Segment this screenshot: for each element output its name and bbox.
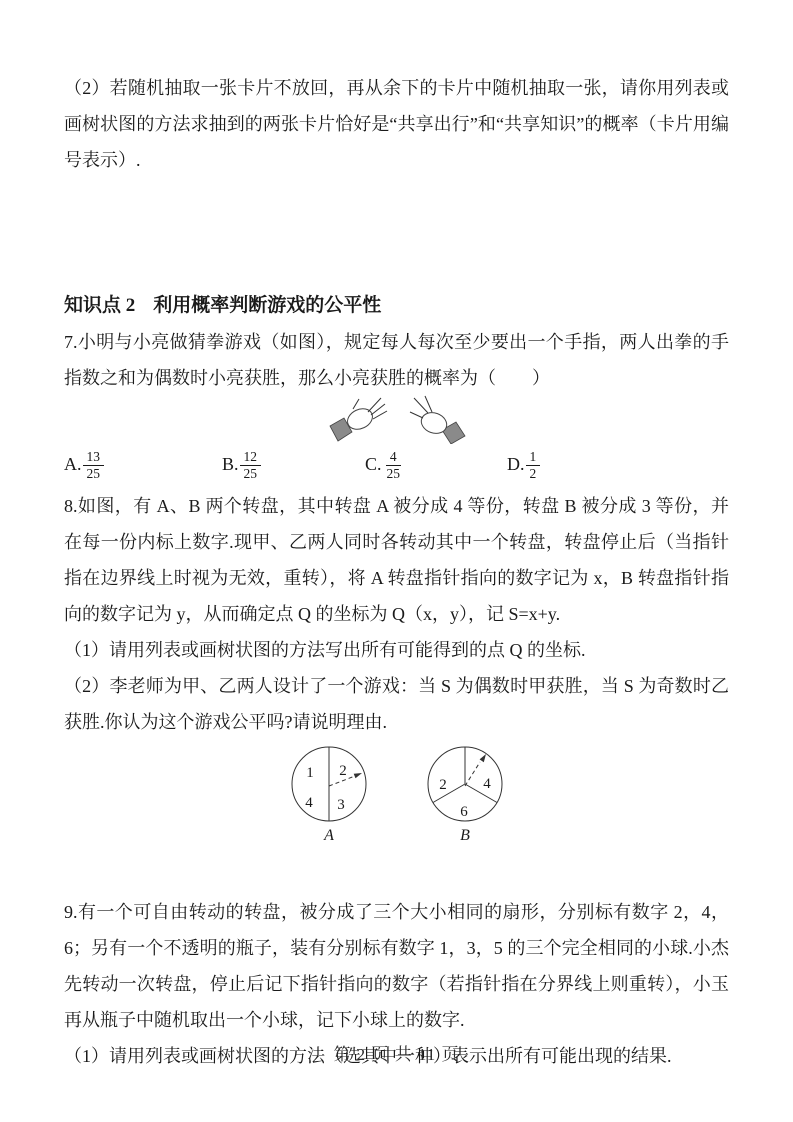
hands-icon <box>322 394 472 444</box>
hands-illustration <box>322 394 472 444</box>
spinner-b-label: B <box>460 827 470 844</box>
problem8-part1: （1）请用列表或画树状图的方法写出所有可能得到的点 Q 的坐标. <box>64 632 729 668</box>
spinner-a-sector-1: 1 <box>306 765 314 781</box>
option-d: D.12 <box>507 448 540 481</box>
page-footer: 第 2 页 共 11 页 <box>0 1040 793 1065</box>
document-page: （2）若随机抽取一张卡片不放回，再从余下的卡片中随机抽取一张，请你用列表或画树状… <box>0 0 793 1122</box>
problem7-options: A.1325 B.1225 C.425 D.12 <box>64 448 729 488</box>
option-a: A.1325 <box>64 448 104 481</box>
problem8-part2: （2）李老师为甲、乙两人设计了一个游戏：当 S 为偶数时甲获胜，当 S 为奇数时… <box>64 668 729 740</box>
problem8-stem: 8.如图，有 A、B 两个转盘，其中转盘 A 被分成 4 等份，转盘 B 被分成… <box>64 488 729 632</box>
option-a-label: A. <box>64 454 82 475</box>
right-hand <box>410 396 465 444</box>
problem6-part2-text: （2）若随机抽取一张卡片不放回，再从余下的卡片中随机抽取一张，请你用列表或画树状… <box>64 70 729 178</box>
spinner-a-sector-4: 4 <box>305 795 313 811</box>
page-content: （2）若随机抽取一张卡片不放回，再从余下的卡片中随机抽取一张，请你用列表或画树状… <box>0 0 793 1074</box>
spinner-b-sector-6: 6 <box>460 804 468 820</box>
spinner-b-sector-2: 2 <box>439 777 447 793</box>
spinner-a-sector-3: 3 <box>337 797 345 813</box>
spinner-a-figure: 1 2 4 3 A <box>274 744 384 846</box>
option-c-label: C. <box>365 454 382 475</box>
spinner-a-icon: 1 2 4 3 A <box>274 744 384 846</box>
problem9-stem: 9.有一个可自由转动的转盘，被分成了三个大小相同的扇形，分别标有数字 2，4，6… <box>64 894 729 1038</box>
option-d-fraction: 12 <box>526 449 541 482</box>
spinner-a-label: A <box>323 827 334 844</box>
spinner-b-figure: 2 4 6 B <box>410 744 520 846</box>
spinner-b-dividers <box>433 747 497 803</box>
option-b-fraction: 1225 <box>240 449 262 482</box>
option-a-fraction: 1325 <box>83 449 105 482</box>
spinner-a-sector-2: 2 <box>339 763 347 779</box>
section-title: 利用概率判断游戏的公平性 <box>153 295 381 316</box>
section-heading: 知识点 2利用概率判断游戏的公平性 <box>64 288 729 324</box>
option-d-label: D. <box>507 454 525 475</box>
problem7-stem: 7.小明与小亮做猜拳游戏（如图），规定每人每次至少要出一个手指，两人出拳的手指数… <box>64 324 729 396</box>
option-b: B.1225 <box>222 448 261 481</box>
option-b-label: B. <box>222 454 239 475</box>
section-label: 知识点 2 <box>64 295 135 316</box>
spinner-b-sector-4: 4 <box>483 776 491 792</box>
left-hand <box>330 398 387 441</box>
option-c: C.425 <box>365 448 404 481</box>
spinner-b-icon: 2 4 6 B <box>410 744 520 846</box>
option-c-fraction: 425 <box>383 449 405 482</box>
spinners-figure: 1 2 4 3 A <box>64 744 729 846</box>
